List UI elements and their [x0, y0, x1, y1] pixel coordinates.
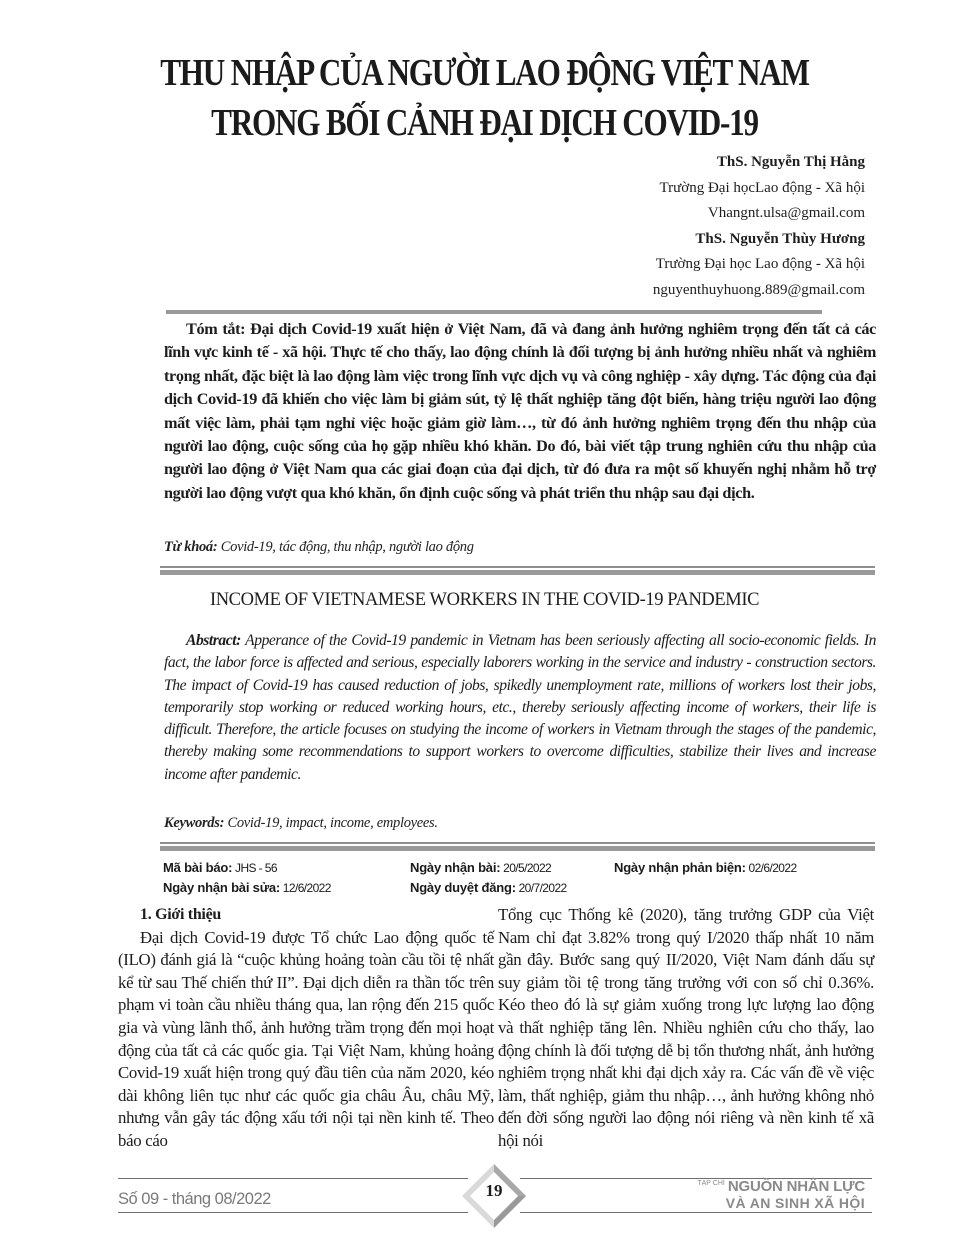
keywords-vn-label: Từ khoá: [164, 539, 217, 555]
abstract-vietnamese: Tóm tắt: Đại dịch Covid-19 xuất hiện ở V… [164, 318, 876, 505]
keywords-vietnamese: Từ khoá: Covid-19, tác động, thu nhập, n… [164, 539, 474, 556]
footer-rule-right-bottom [520, 1212, 872, 1213]
section-divider-1 [160, 566, 875, 575]
section-heading-introduction: 1. Giới thiệu [118, 904, 494, 927]
article-metadata: Mã bài báo: JHS - 56 Ngày nhận bài: 20/5… [163, 860, 883, 900]
article-title-line-2: TRONG BỐI CẢNH ĐẠI DỊCH COVID-19 [87, 98, 882, 148]
journal-prefix: TẠP CHÍ [697, 1180, 725, 1187]
article-title: THU NHẬP CỦA NGƯỜI LAO ĐỘNG VIỆT NAM TRO… [87, 48, 882, 148]
author-2-name: ThS. Nguyễn Thùy Hương [653, 227, 865, 253]
abstract-en-label: Abstract: [186, 632, 241, 649]
abstract-english: Abstract: Apperance of the Covid-19 pand… [164, 630, 876, 786]
author-block: ThS. Nguyễn Thị Hằng Trường Đại họcLao đ… [653, 150, 865, 303]
journal-line-1: NGUỒN NHÂN LỰC [728, 1178, 865, 1195]
author-1-affiliation: Trường Đại họcLao động - Xã hội [653, 176, 865, 202]
english-title: INCOME OF VIETNAMESE WORKERS IN THE COVI… [0, 590, 969, 611]
journal-name: TẠP CHÍNGUỒN NHÂN LỰC VÀ AN SINH XÃ HỘI [697, 1178, 865, 1211]
author-2-affiliation: Trường Đại học Lao động - Xã hội [653, 252, 865, 278]
page-footer: Số 09 - tháng 08/2022 19 TẠP CHÍNGUỒN NH… [0, 1150, 969, 1254]
journal-line-2: VÀ AN SINH XÃ HỘI [697, 1195, 865, 1211]
article-title-line-1: THU NHẬP CỦA NGƯỜI LAO ĐỘNG VIỆT NAM [87, 48, 882, 98]
issue-label: Số 09 - tháng 08/2022 [118, 1190, 271, 1209]
article-code: Mã bài báo: JHS - 56 [163, 860, 277, 875]
page-number: 19 [462, 1181, 526, 1201]
body-column-left: 1. Giới thiệu Đại dịch Covid-19 được Tổ … [118, 904, 494, 1153]
section-divider-2 [160, 842, 875, 851]
footer-rule-left-bottom [118, 1212, 468, 1213]
review-date: Ngày nhận phản biện: 02/6/2022 [614, 860, 797, 875]
keywords-vn-text: Covid-19, tác động, thu nhập, người lao … [217, 539, 473, 555]
keywords-en-label: Keywords: [164, 815, 224, 831]
keywords-english: Keywords: Covid-19, impact, income, empl… [164, 815, 438, 832]
footer-rule-left-top [118, 1178, 468, 1179]
received-date: Ngày nhận bài: 20/5/2022 [410, 860, 551, 875]
author-1-email[interactable]: Vhangnt.ulsa@gmail.com [653, 201, 865, 227]
keywords-en-text: Covid-19, impact, income, employees. [224, 815, 438, 831]
abstract-en-text: Apperance of the Covid-19 pandemic in Vi… [164, 632, 876, 783]
revised-date: Ngày nhận bài sửa: 12/6/2022 [163, 880, 331, 895]
body-paragraph-right: Tổng cục Thống kê (2020), tăng trưởng GD… [498, 904, 874, 1153]
body-paragraph-left: Đại dịch Covid-19 được Tổ chức Lao động … [118, 927, 494, 1153]
abstract-vn-label: Tóm tắt: [186, 320, 245, 338]
author-2-email[interactable]: nguyenthuyhuong.889@gmail.com [653, 278, 865, 304]
author-1-name: ThS. Nguyễn Thị Hằng [653, 150, 865, 176]
abstract-vn-text: Đại dịch Covid-19 xuất hiện ở Việt Nam, … [164, 320, 876, 502]
body-column-right: Tổng cục Thống kê (2020), tăng trưởng GD… [498, 904, 874, 1153]
accepted-date: Ngày duyệt đăng: 20/7/2022 [410, 880, 567, 895]
abstract-top-divider [166, 310, 822, 314]
